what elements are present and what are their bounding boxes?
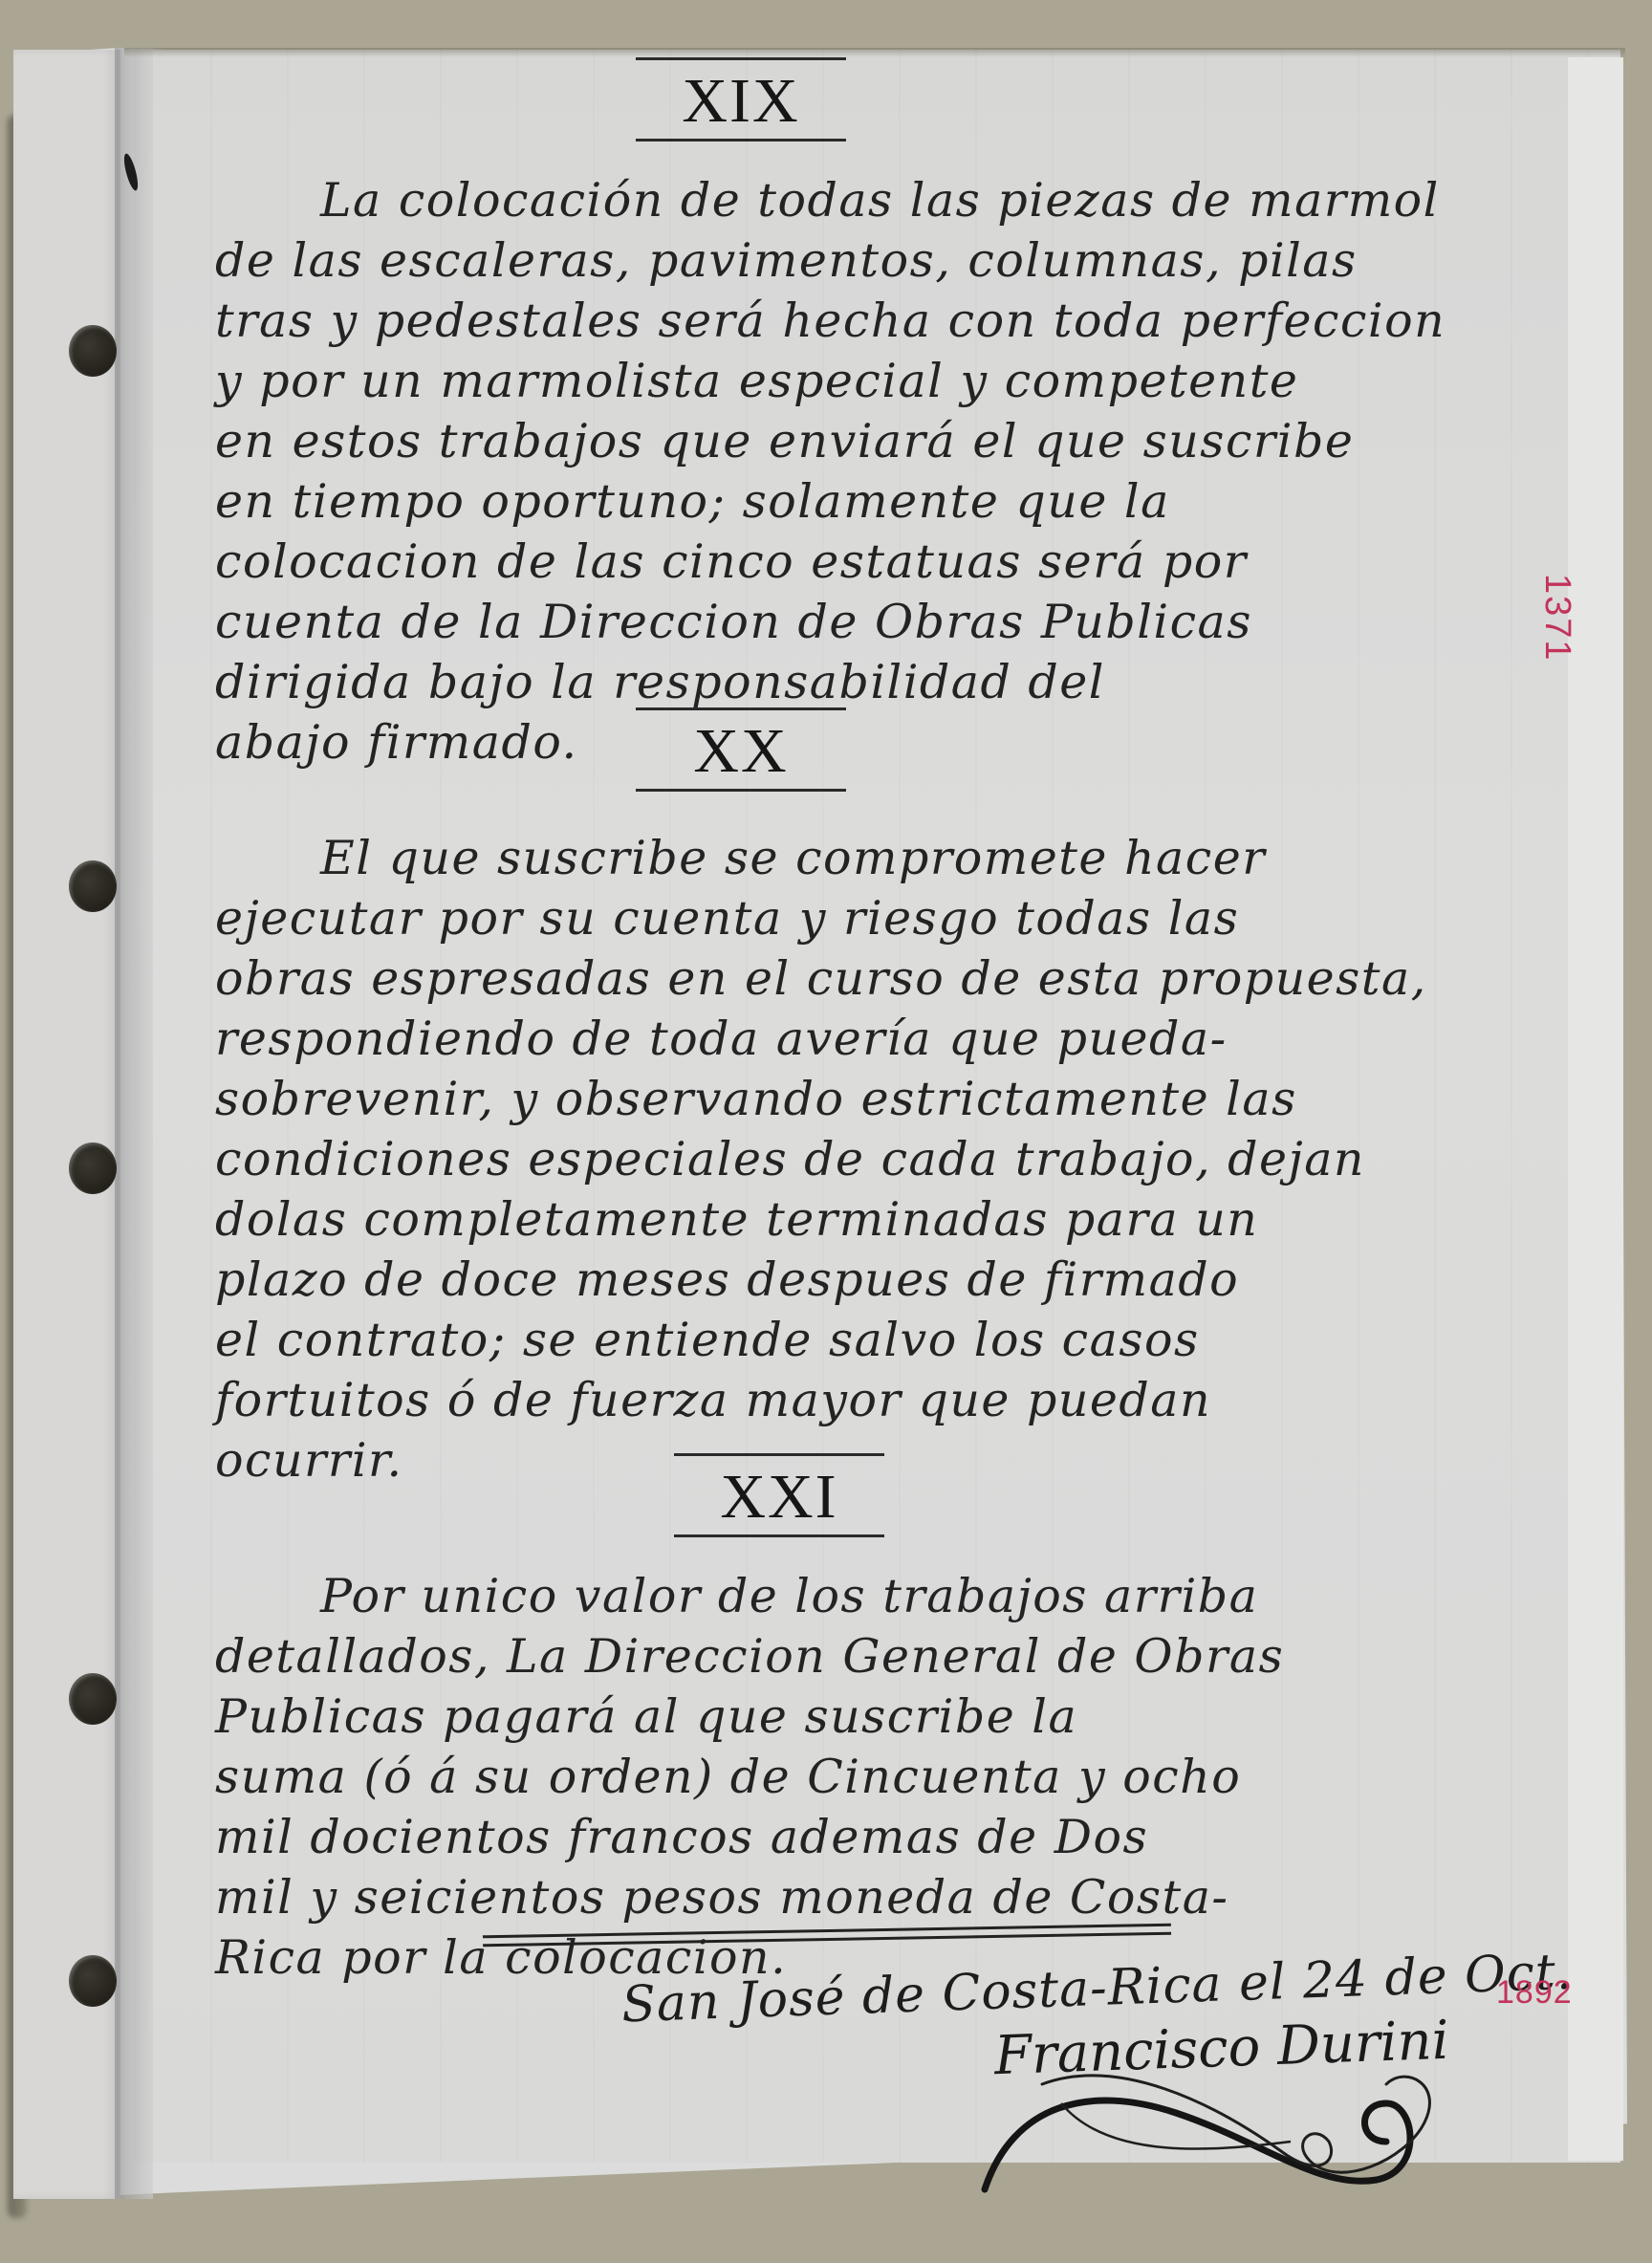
paper-right-edge: [1568, 57, 1623, 2161]
text-line: en tiempo oportuno; solamente que la: [215, 471, 1477, 532]
punch-hole: [69, 1142, 117, 1194]
punch-hole: [69, 325, 117, 377]
text-line: condiciones especiales de cada trabajo, …: [215, 1129, 1477, 1189]
section-xix: XIX La colocación de todas las piezas de…: [215, 38, 1477, 772]
section-number: XXI: [674, 1453, 884, 1537]
text-line: Por unico valor de los trabajos arriba: [215, 1566, 1477, 1626]
text-line: de las escaleras, pavimentos, columnas, …: [215, 230, 1477, 291]
section-text: La colocación de todas las piezas de mar…: [215, 170, 1477, 772]
text-line: suma (ó á su orden) de Cincuenta y ocho: [215, 1747, 1477, 1807]
text-line: plazo de doce meses despues de firmado: [215, 1250, 1477, 1310]
text-line: ejecutar por su cuenta y riesgo todas la…: [215, 888, 1477, 948]
archive-year-stamp: 1892: [1496, 1974, 1573, 2012]
text-line: en estos trabajos que enviará el que sus…: [215, 411, 1477, 471]
text-line: La colocación de todas las piezas de mar…: [215, 170, 1477, 230]
section-number: XIX: [636, 57, 846, 141]
text-line: dirigida bajo la responsabilidad del: [215, 652, 1477, 712]
text-line: fortuitos ó de fuerza mayor que puedan: [215, 1370, 1477, 1430]
text-line: colocacion de las cinco estatuas será po…: [215, 532, 1477, 592]
text-line: mil y seicientos pesos moneda de Costa-: [215, 1867, 1477, 1927]
text-line: respondiendo de toda avería que pueda-: [215, 1009, 1477, 1069]
text-line: mil docientos francos ademas de Dos: [215, 1807, 1477, 1867]
section-number: XX: [636, 707, 846, 792]
text-line: el contrato; se entiende salvo los casos: [215, 1310, 1477, 1370]
text-line: sobrevenir, y observando estrictamente l…: [215, 1069, 1477, 1129]
text-line: El que suscribe se compromete hacer: [215, 828, 1477, 888]
text-line: y por un marmolista especial y competent…: [215, 351, 1477, 411]
signature-flourish-icon: [975, 2046, 1472, 2199]
section-text: Por unico valor de los trabajos arriba d…: [215, 1566, 1477, 1988]
text-line: Publicas pagará al que suscribe la: [215, 1686, 1477, 1747]
punch-hole: [69, 1673, 117, 1725]
binding-shadow: [115, 48, 153, 2199]
section-text: El que suscribe se compromete hacer ejec…: [215, 828, 1477, 1491]
section-xx: XX El que suscribe se compromete hacer e…: [215, 707, 1477, 1491]
punch-hole: [69, 1955, 117, 2007]
text-line: obras espresadas en el curso de esta pro…: [215, 948, 1477, 1009]
text-line: dolas completamente terminadas para un: [215, 1189, 1477, 1250]
archive-page-number: 1371: [1536, 574, 1577, 663]
section-xxi: XXI Por unico valor de los trabajos arri…: [215, 1453, 1477, 1988]
text-line: tras y pedestales será hecha con toda pe…: [215, 291, 1477, 351]
punch-hole: [69, 860, 117, 912]
text-line: detallados, La Direccion General de Obra…: [215, 1626, 1477, 1686]
text-line: cuenta de la Direccion de Obras Publicas: [215, 592, 1477, 652]
